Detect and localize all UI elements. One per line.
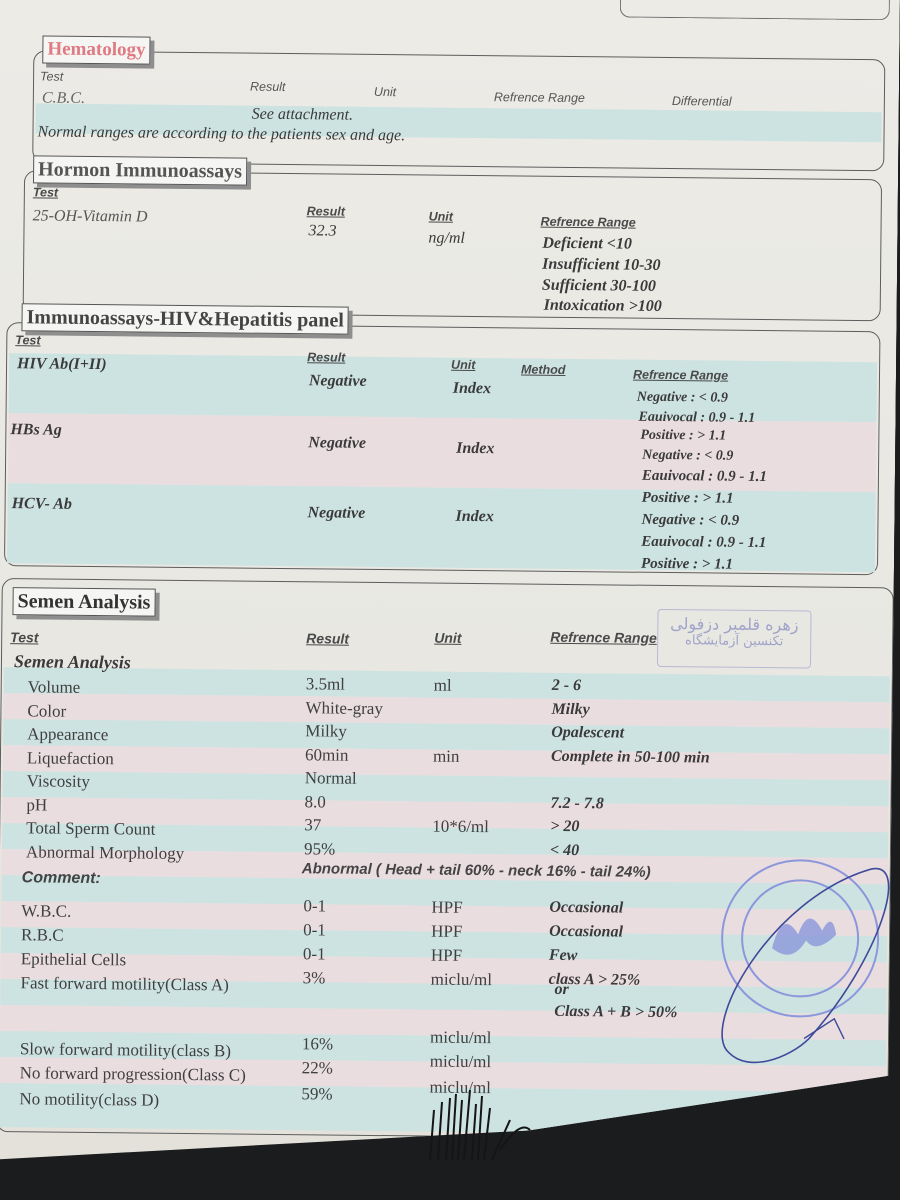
test-hiv: HIV Ab(I+II) [17, 355, 107, 374]
range-line: Sufficient 30-100 [542, 277, 656, 296]
semen-range: 2 - 6 [552, 677, 582, 695]
test-vitamin-d: 25-OH-Vitamin D [33, 207, 148, 226]
semen-result: 0-1 [303, 896, 326, 916]
semen-result: 8.0 [304, 792, 325, 812]
col-unit: Unit [451, 358, 475, 372]
semen-unit: miclu/ml [430, 1028, 492, 1049]
semen-range: > 20 [550, 818, 579, 836]
comment-label: Comment: [22, 869, 101, 888]
semen-test: W.B.C. [21, 901, 71, 922]
semen-result: 95% [304, 839, 335, 859]
range-line: Eauivocal : 0.9 - 1.1 [638, 410, 755, 427]
semen-range: Occasional [549, 899, 623, 918]
col-unit: Unit [429, 210, 453, 224]
col-reference-range: Refrence Range [550, 629, 657, 646]
technician-stamp: زهره قلمبر دزفولی تکنسین آزمایشگاه [657, 609, 812, 669]
range-line: Eauivocal : 0.9 - 1.1 [641, 534, 766, 552]
col-result: Result [250, 80, 286, 94]
semen-test: Viscosity [27, 771, 90, 792]
semen-unit: ml [434, 676, 452, 696]
col-reference-range: Refrence Range [494, 90, 585, 105]
range-line: Positive : > 1.1 [640, 428, 726, 445]
col-test: Test [33, 185, 58, 199]
col-result: Result [307, 204, 345, 218]
test-hbs: HBs Ag [10, 421, 62, 440]
hiv-hepatitis-section: Immunoassays-HIV&Hepatitis panel Test Re… [4, 322, 881, 575]
semen-range: Complete in 50-100 min [551, 747, 710, 767]
semen-range: < 40 [550, 841, 579, 859]
unit-hcv: Index [455, 508, 493, 526]
semen-range: Few [549, 947, 578, 965]
hematology-section: Hematology Test Result Unit Refrence Ran… [32, 50, 885, 171]
result-hcv: Negative [307, 504, 365, 523]
semen-test: Slow forward motility(class B) [20, 1039, 231, 1061]
patient-info-box: نام مراجعه کننده : آقای محمدرضا خرابیان [620, 0, 891, 20]
semen-rows-2: W.B.C.0-1HPFOccasionalR.B.C0-1HPFOccasio… [3, 579, 893, 588]
lab-report-page: نام مراجعه کننده : آقای محمدرضا خرابیان … [0, 0, 900, 1169]
result-hiv: Negative [309, 372, 367, 391]
hormone-section: Hormon Immunoassays Test Result Unit Ref… [23, 170, 882, 321]
semen-test: Total Sperm Count [26, 818, 155, 839]
semen-test: pH [26, 795, 47, 815]
hematology-title: Hematology [42, 35, 150, 64]
col-result: Result [306, 630, 349, 646]
semen-unit: min [433, 746, 460, 766]
col-reference-range: Refrence Range [633, 368, 728, 383]
semen-result: 3.5ml [306, 674, 345, 694]
result-hbs: Negative [308, 434, 366, 453]
semen-test: Liquefaction [27, 748, 114, 769]
semen-range: Milky [551, 700, 589, 718]
comment-text: Abnormal ( Head + tail 60% - neck 16% - … [302, 860, 651, 881]
semen-result: White-gray [305, 698, 383, 719]
semen-test: Fast forward motility(Class A) [20, 973, 228, 995]
semen-test: Volume [28, 677, 81, 698]
semen-unit: miclu/ml [430, 1052, 492, 1073]
semen-test: Epithelial Cells [21, 949, 127, 970]
semen-test: R.B.C [21, 925, 64, 945]
semen-result: 37 [304, 815, 321, 835]
col-unit: Unit [374, 85, 396, 99]
row-stripe [7, 483, 876, 572]
range-line: Insufficient 10-30 [542, 256, 661, 275]
col-test: Test [40, 69, 63, 83]
col-method: Method [521, 362, 566, 376]
unit-hiv: Index [453, 380, 491, 398]
range-or: or [554, 981, 568, 999]
range-line: Negative : < 0.9 [641, 512, 739, 530]
semen-test: Abnormal Morphology [26, 842, 184, 864]
semen-rows: Volume3.5mlml2 - 6ColorWhite-grayMilkyAp… [3, 579, 893, 588]
test-hcv: HCV- Ab [12, 495, 72, 514]
unit-vitamin-d: ng/ml [428, 230, 465, 248]
col-test: Test [15, 333, 40, 347]
hematology-note: Normal ranges are according to the patie… [37, 123, 405, 145]
range-line: Positive : > 1.1 [642, 490, 734, 508]
semen-unit: HPF [431, 922, 462, 942]
range-class-ab: Class A + B > 50% [554, 1003, 677, 1022]
col-reference-range: Refrence Range [541, 215, 636, 230]
range-line: Negative : < 0.9 [642, 448, 733, 465]
semen-unit: 10*6/ml [432, 817, 489, 838]
technician-name: زهره قلمبر دزفولی [658, 614, 810, 635]
semen-result: 0-1 [303, 920, 326, 940]
range-line: Negative : < 0.9 [637, 390, 728, 407]
semen-test: No forward progression(Class C) [20, 1063, 246, 1085]
semen-result: 16% [302, 1034, 333, 1054]
semen-result: 3% [303, 968, 326, 988]
technician-title: تکنسین آزمایشگاه [658, 633, 810, 650]
semen-result: 60min [305, 745, 349, 765]
semen-result: 59% [301, 1084, 332, 1104]
col-differential: Differential [672, 94, 732, 109]
semen-unit: HPF [431, 946, 462, 966]
lab-seal-icon [709, 837, 892, 1079]
semen-unit: miclu/ml [431, 970, 493, 991]
hormone-title: Hormon Immunoassays [33, 155, 247, 185]
semen-result: Milky [305, 721, 347, 741]
semen-range: Occasional [549, 923, 623, 942]
semen-test: No motility(class D) [19, 1089, 159, 1110]
semen-test: Appearance [27, 724, 108, 745]
range-line: Deficient <10 [542, 235, 632, 254]
semen-result: Normal [305, 768, 357, 789]
test-cbc: C.B.C. [42, 89, 85, 107]
col-result: Result [307, 350, 345, 364]
semen-unit: HPF [431, 898, 462, 918]
semen-range: 7.2 - 7.8 [550, 794, 604, 813]
semen-result: 0-1 [303, 944, 326, 964]
semen-title: Semen Analysis [12, 587, 155, 616]
col-test: Test [10, 629, 38, 645]
hiv-hepatitis-title: Immunoassays-HIV&Hepatitis panel [21, 303, 349, 334]
hair-obstruction [420, 1090, 550, 1160]
range-line: Positive : > 1.1 [641, 556, 733, 574]
unit-hbs: Index [456, 440, 494, 458]
result-vitamin-d: 32.3 [308, 222, 336, 240]
semen-test: Color [27, 701, 66, 721]
result-cbc: See attachment. [252, 106, 353, 125]
semen-range: Opalescent [551, 724, 624, 743]
semen-result: 22% [302, 1058, 333, 1078]
range-line: Intoxication >100 [544, 297, 662, 316]
range-line: Eauivocal : 0.9 - 1.1 [642, 468, 767, 486]
semen-subheading: Semen Analysis [14, 651, 131, 673]
col-unit: Unit [434, 630, 461, 646]
